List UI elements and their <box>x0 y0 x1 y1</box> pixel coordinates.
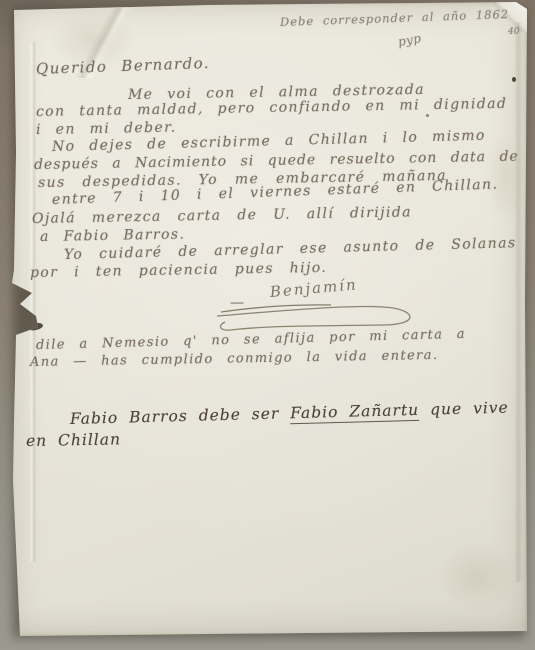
letter-line: Ojalá merezca carta de U. allí dirijida <box>32 204 412 227</box>
ink-speck <box>512 77 516 82</box>
signature-flourish <box>215 285 425 335</box>
archival-note-line2: en Chillan <box>26 430 121 450</box>
photo-background: Debe corresponder al año 1862 pyp 40 Que… <box>0 0 535 650</box>
archival-note-suffix: que vive <box>419 399 509 419</box>
archival-note-prefix: Fabio Barros debe ser <box>70 404 291 428</box>
salutation: Querido Bernardo. <box>36 54 211 78</box>
pencil-number: 40 <box>508 27 519 37</box>
archival-note-line1: Fabio Barros debe ser Fabio Zañartu que … <box>70 399 509 428</box>
crease-right-edge <box>513 22 523 582</box>
pencil-date-annotation: Debe corresponder al año 1862 <box>280 7 510 29</box>
crease-left-edge <box>26 42 38 562</box>
letter-line: por i ten paciencia pues hijo. <box>30 260 327 281</box>
letter-paper: Debe corresponder al año 1862 pyp 40 Que… <box>8 2 527 636</box>
archival-note-underlined-name: Fabio Zañartu <box>290 401 419 424</box>
stain-bottom-right <box>438 542 518 612</box>
pencil-initials-scribble: pyp <box>397 31 423 49</box>
letter-line: a Fabio Barros. <box>40 226 186 245</box>
letter-line: i en mi deber. <box>36 120 177 138</box>
letter-line: con tanta maldad, pero confiando en mi d… <box>36 96 508 120</box>
ink-speck <box>426 114 429 117</box>
